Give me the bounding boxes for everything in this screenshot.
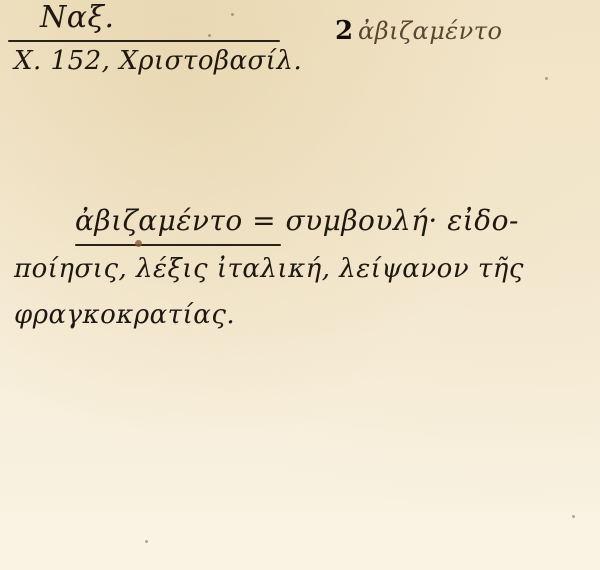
source-reference: Χ. 152, Χριστοβασίλ. — [14, 46, 302, 76]
paper-speck — [572, 515, 575, 518]
headword: ἀβιζαμέντο — [358, 17, 503, 45]
definition-line-1: ἀβιζαμέντο = συμβουλή· εἰδο- — [75, 204, 519, 237]
index-card: Ναξ. Χ. 152, Χριστοβασίλ. 2 ἀβιζαμέντο ἀ… — [0, 0, 600, 570]
definition-line-3: φραγκοκρατίας. — [14, 300, 235, 330]
definition-line-2: ποίησις, λέξις ἰταλική, λείψανον τῆς — [14, 254, 524, 284]
place-name: Ναξ. — [40, 0, 115, 35]
paper-speck — [231, 13, 234, 16]
paper-speck — [145, 540, 148, 543]
paper-speck — [208, 34, 211, 37]
headword-underline — [75, 244, 281, 246]
headword-number: 2 — [335, 16, 354, 46]
paper-speck — [545, 77, 548, 80]
place-underline — [8, 40, 280, 42]
ink-stain — [135, 240, 142, 247]
